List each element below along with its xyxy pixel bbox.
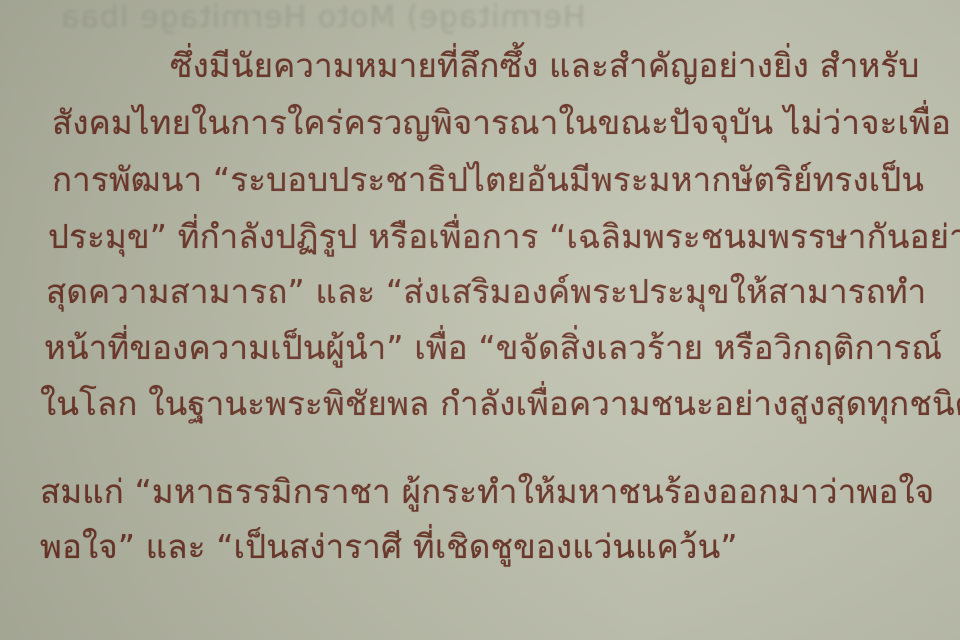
paragraph-line-7: ในโลก ในฐานะพระพิชัยพล กำลังเพื่อความชนะ… bbox=[40, 384, 960, 424]
paragraph-line-1: ซึ่งมีนัยความหมายที่ลึกซึ้ง และสำคัญอย่า… bbox=[170, 46, 920, 86]
bleed-through-text-top: Hermitage) Moto Hermitage Ibaa bbox=[60, 0, 585, 35]
paragraph-line-8: สมแก่ “มหาธรรมิกราชา ผู้กระทำให้มหาชนร้อ… bbox=[40, 472, 934, 512]
paragraph-line-2: สังคมไทยในการใคร่ครวญพิจารณาในขณะปัจจุบั… bbox=[52, 103, 951, 143]
paragraph-line-6: หน้าที่ของความเป็นผู้นำ” เพื่อ “ขจัดสิ่ง… bbox=[44, 328, 942, 368]
book-page: Hermitage) Moto Hermitage Ibaa ซึ่งมีนัย… bbox=[0, 0, 960, 640]
paragraph-line-3: การพัฒนา “ระบอบประชาธิปไตยอันมีพระมหากษั… bbox=[52, 160, 924, 200]
paragraph-line-4: ประมุข” ที่กำลังปฏิรูป หรือเพื่อการ “เฉล… bbox=[48, 217, 960, 257]
paragraph-line-5: สุดความสามารถ” และ “ส่งเสริมองค์พระประมุ… bbox=[46, 272, 926, 312]
paragraph-line-9: พอใจ” และ “เป็นสง่าราศี ที่เชิดชูของแว่น… bbox=[40, 527, 738, 567]
